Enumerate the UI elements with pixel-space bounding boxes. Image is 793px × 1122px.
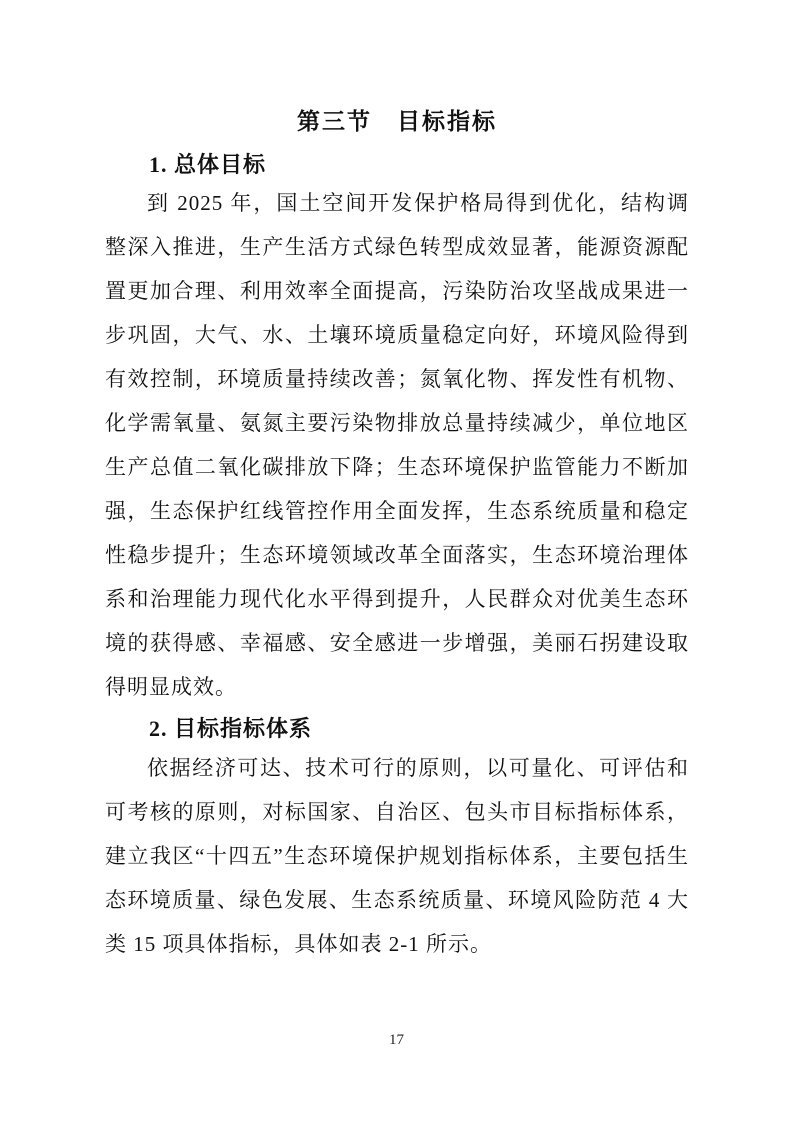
paragraph-overall-goal: 到 2025 年，国土空间开发保护格局得到优化，结构调整深入推进，生产生活方式绿… — [105, 181, 689, 709]
section-title: 第三节 目标指标 — [105, 106, 689, 138]
document-page: 第三节 目标指标 1. 总体目标 到 2025 年，国土空间开发保护格局得到优化… — [0, 0, 793, 1122]
heading-overall-goal: 1. 总体目标 — [105, 150, 689, 180]
paragraph-indicator-system: 依据经济可达、技术可行的原则，以可量化、可评估和可考核的原则，对标国家、自治区、… — [105, 746, 689, 966]
page-number: 17 — [0, 1031, 793, 1049]
page-content: 第三节 目标指标 1. 总体目标 到 2025 年，国土空间开发保护格局得到优化… — [105, 106, 689, 966]
heading-indicator-system: 2. 目标指标体系 — [105, 714, 689, 744]
